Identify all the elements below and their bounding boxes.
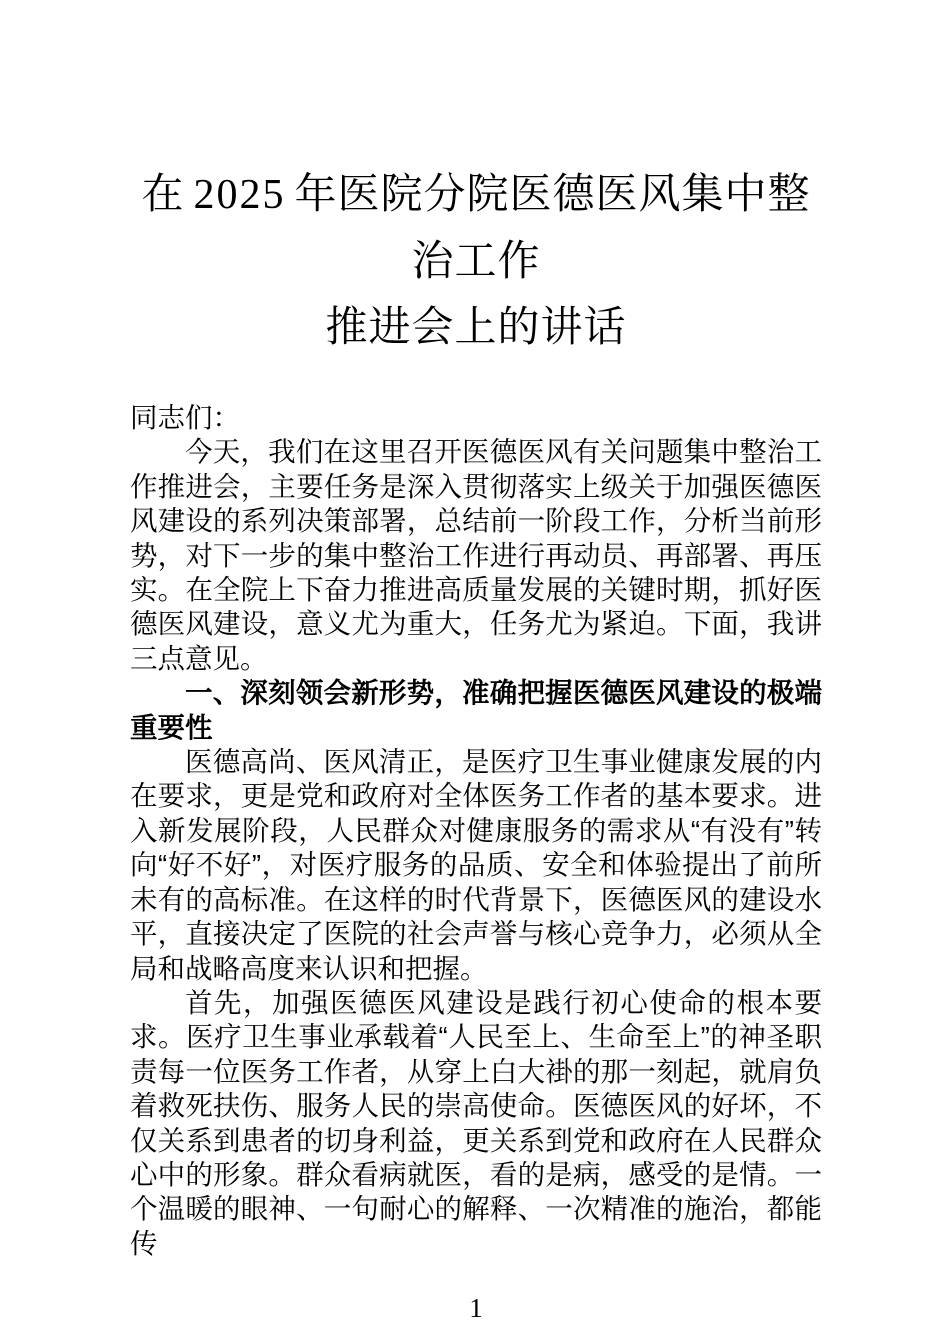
- document-page: 在2025年医院分院医德医风集中整治工作 推进会上的讲话 同志们： 今天，我们在…: [0, 0, 950, 1344]
- section-heading-1: 一、深刻领会新形势，准确把握医德医风建设的极端重要性: [130, 676, 822, 745]
- title-line1-suffix: 年医院分院医德医风集中整治工作: [295, 170, 811, 284]
- document-body: 同志们： 今天，我们在这里召开医德医风有关问题集中整治工作推进会，主要任务是深入…: [130, 401, 822, 1261]
- title-line-2: 推进会上的讲话: [325, 303, 626, 350]
- paragraph-mission: 首先，加强医德医风建设是践行初心使命的根本要求。医疗卫生事业承载着“人民至上、生…: [130, 986, 822, 1261]
- salutation: 同志们：: [130, 401, 822, 435]
- title-line1-prefix: 在: [141, 170, 184, 217]
- paragraph-situation: 医德高尚、医风清正，是医疗卫生事业健康发展的内在要求，更是党和政府对全体医务工作…: [130, 745, 822, 986]
- title-year: 2025: [194, 172, 286, 218]
- paragraph-intro: 今天，我们在这里召开医德医风有关问题集中整治工作推进会，主要任务是深入贯彻落实上…: [130, 435, 822, 676]
- title-line-1: 在2025年医院分院医德医风集中整治工作: [141, 170, 810, 284]
- document-title: 在2025年医院分院医德医风集中整治工作 推进会上的讲话: [130, 161, 822, 360]
- page-number: 1: [130, 1293, 822, 1324]
